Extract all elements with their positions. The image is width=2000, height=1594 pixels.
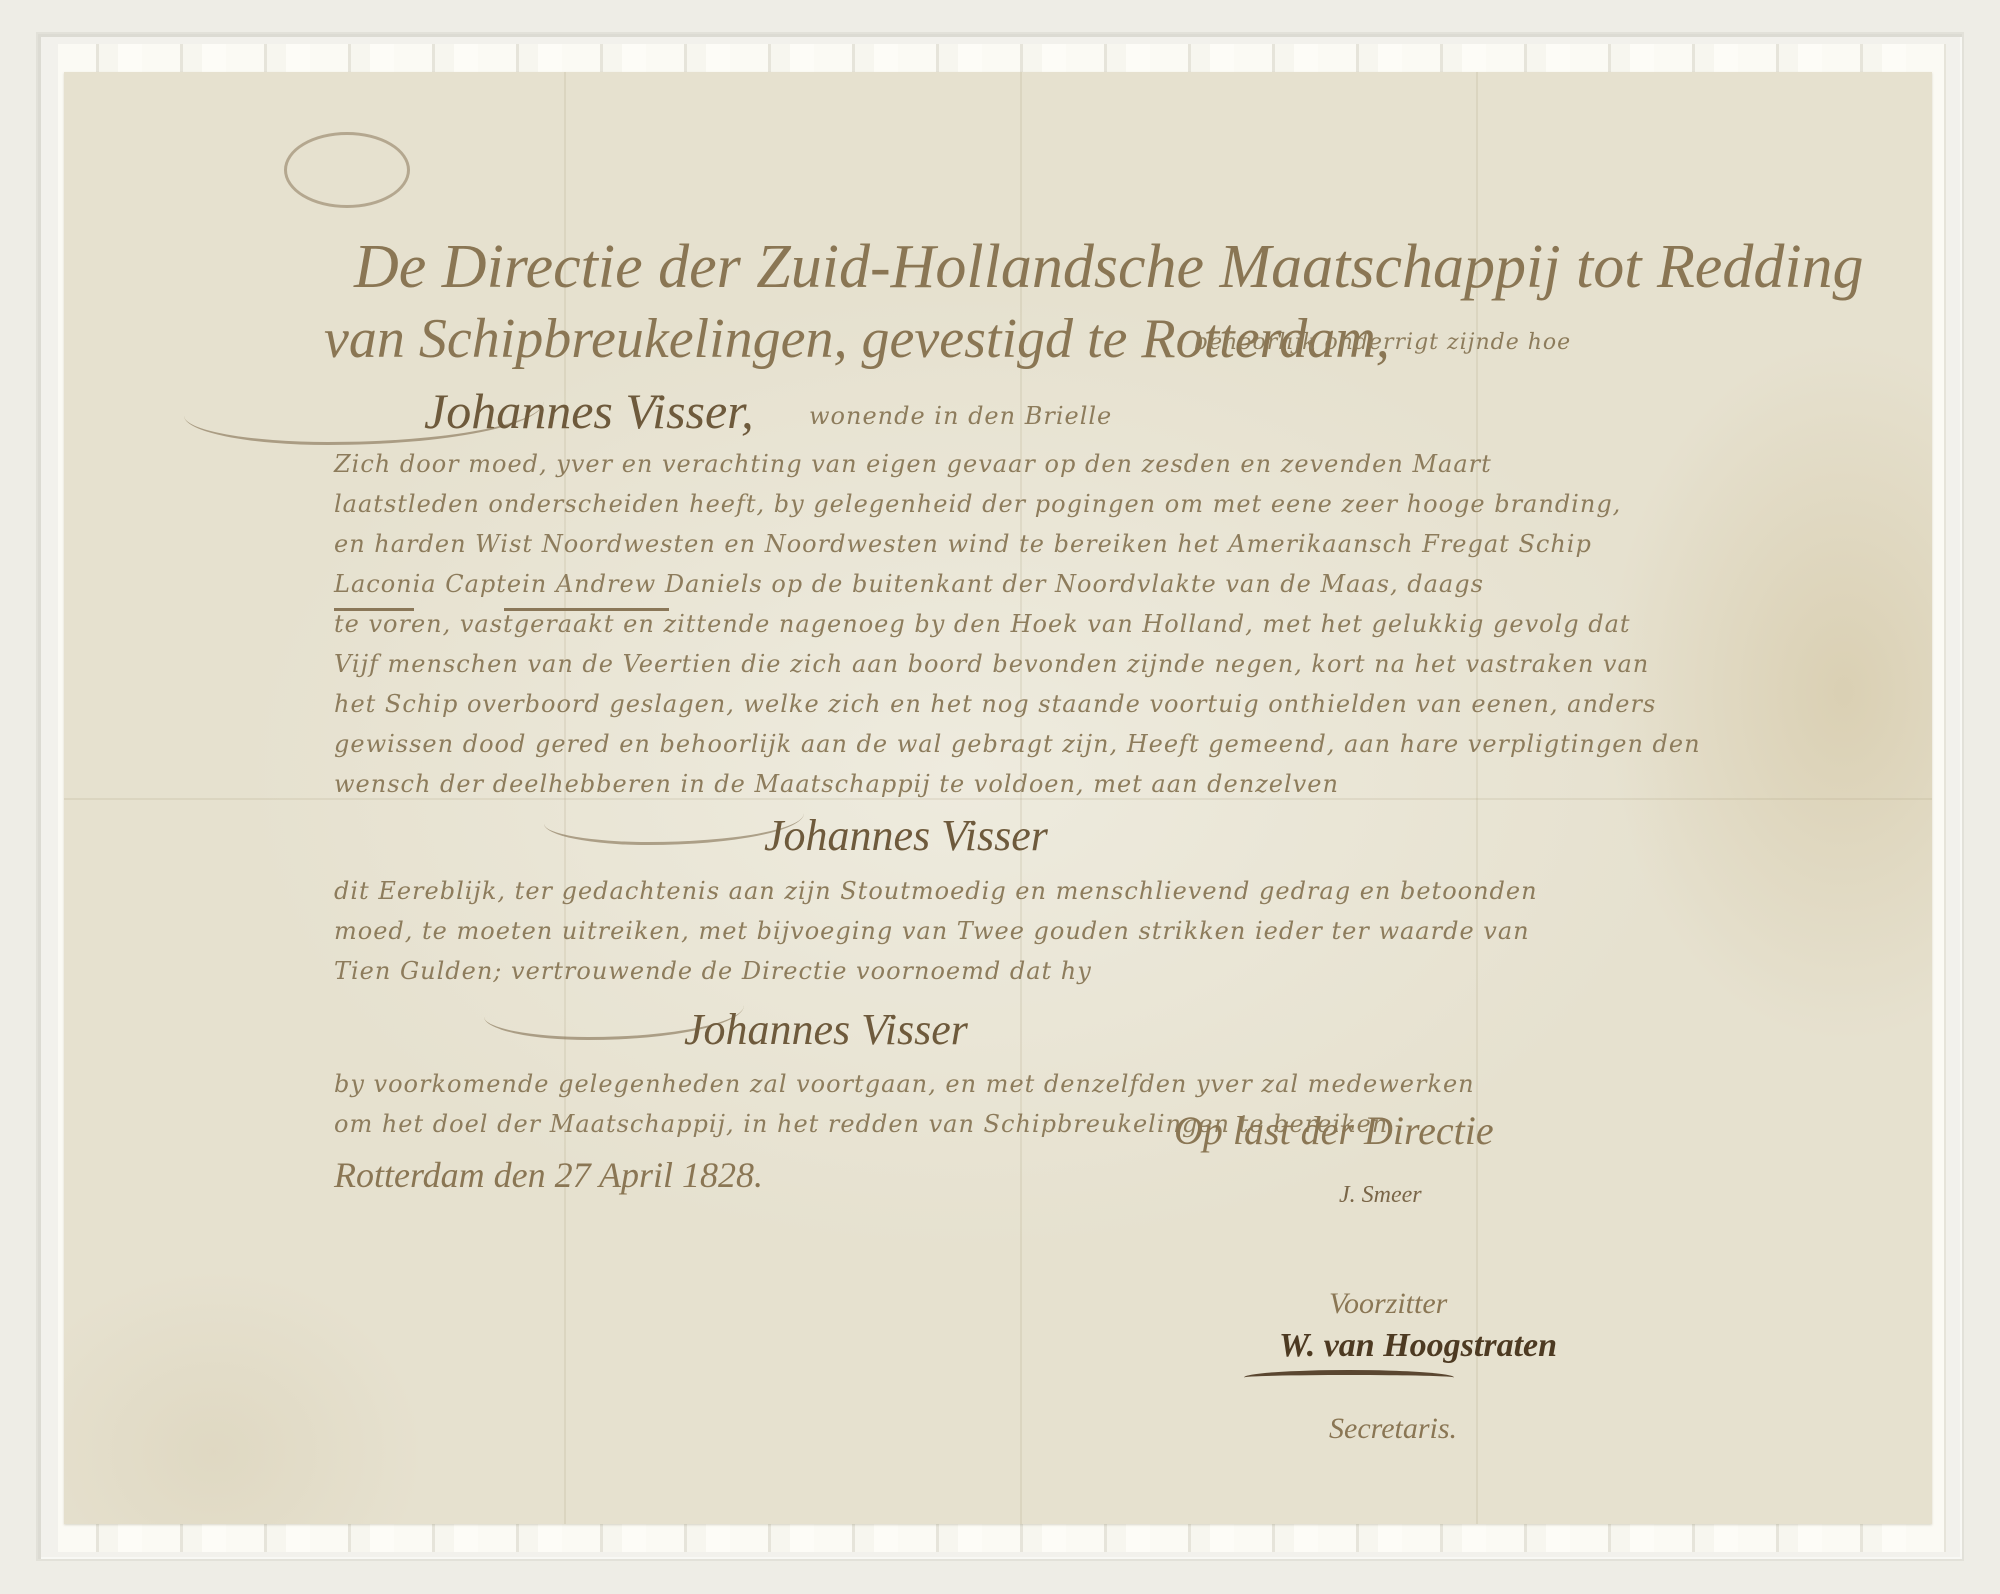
- body-line: het Schip overboord geslagen, welke zich…: [334, 690, 1656, 718]
- body-line: en harden Wist Noordwesten en Noordweste…: [334, 530, 1592, 558]
- secretary-title: Secretaris.: [1329, 1412, 1457, 1446]
- closing-line: by voorkomende gelegenheden zal voortgaa…: [334, 1070, 1475, 1098]
- award-line: moed, te moeten uitreiken, met bijvoegin…: [334, 917, 1530, 945]
- flourish-ornament: [284, 132, 410, 208]
- fold-line: [64, 798, 1932, 800]
- recipient-name: Johannes Visser,: [424, 382, 754, 440]
- chair-signature: J. Smeer: [1339, 1182, 1422, 1209]
- recipient-residence: wonende in den Brielle: [809, 402, 1112, 430]
- recipient-name-repeat: Johannes Visser: [684, 1004, 968, 1055]
- body-line: wensch der deelhebberen in de Maatschapp…: [334, 770, 1339, 798]
- chair-title: Voorzitter: [1329, 1287, 1447, 1321]
- award-line: Tien Gulden; vertrouwende de Directie vo…: [334, 957, 1092, 985]
- heading-tail: behoorlijk onderrigt zijnde hoe: [1194, 330, 1571, 355]
- secretary-signature: W. van Hoogstraten: [1279, 1327, 1557, 1365]
- recipient-name-repeat: Johannes Visser: [764, 810, 1048, 861]
- authority-line: Op last der Directie: [1174, 1107, 1494, 1154]
- certificate-paper: De Directie der Zuid-Hollandsche Maatsch…: [64, 72, 1932, 1524]
- body-line: gewissen dood gered en behoorlijk aan de…: [334, 730, 1701, 758]
- body-line: Vijf menschen van de Veertien die zich a…: [334, 650, 1649, 678]
- body-line: Zich door moed, yver en verachting van e…: [334, 450, 1492, 478]
- body-line: Laconia Captein Andrew Daniels op de bui…: [334, 570, 1484, 598]
- award-line: dit Eereblijk, ter gedachtenis aan zijn …: [334, 877, 1538, 905]
- heading-line-1: De Directie der Zuid-Hollandsche Maatsch…: [354, 232, 1864, 303]
- signature-flourish: [1244, 1370, 1454, 1385]
- body-line: te voren, vastgeraakt en zittende nageno…: [334, 610, 1631, 638]
- place-date: Rotterdam den 27 April 1828.: [334, 1154, 763, 1196]
- body-line: laatstleden onderscheiden heeft, by gele…: [334, 490, 1621, 518]
